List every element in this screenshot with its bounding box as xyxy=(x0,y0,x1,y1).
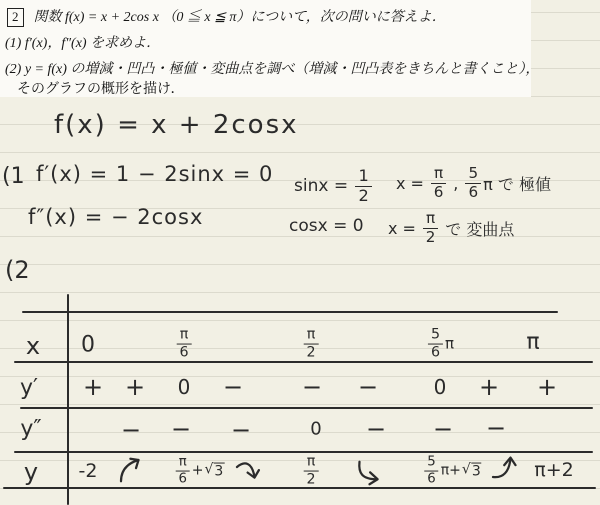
table-cell xyxy=(116,454,146,486)
math-text: π+ xyxy=(441,463,461,479)
row-label-x: x xyxy=(26,332,40,360)
math-text: π+2 xyxy=(534,459,573,481)
problem-line-1: 2関数 f(x) = x + 2cos x （0 ≦ x ≦ π）について，次の… xyxy=(7,8,446,27)
fraction: π2 xyxy=(423,211,438,246)
table-cell: − xyxy=(231,416,251,444)
math-text: 0 xyxy=(178,375,191,399)
square-root: √3 xyxy=(204,462,224,479)
math-text: , xyxy=(448,174,463,193)
table-cell: − xyxy=(302,373,322,401)
math-text: − xyxy=(171,415,191,443)
decrease-concave-down-arrow-icon xyxy=(232,455,262,489)
problem-statement: 関数 f(x) = x + 2cos x （0 ≦ x ≦ π）について，次の問… xyxy=(34,10,446,25)
row-label-y-double-prime: y″ xyxy=(20,417,41,442)
table-cell: π+2 xyxy=(534,459,573,481)
math-text: − xyxy=(366,415,386,443)
math-text: + xyxy=(192,463,204,479)
math-text: f′(x) = 1 − 2sinx = 0 xyxy=(36,162,273,186)
handwritten-line: f′(x) = 1 − 2sinx = 0 xyxy=(36,162,273,186)
table-cell: + xyxy=(537,373,557,401)
math-text: -2 xyxy=(79,460,98,482)
fraction: π6 xyxy=(176,456,190,487)
problem-q2-cont-text: そのグラフの概形を描け． xyxy=(17,82,184,97)
problem-q1: (1) f′(x)，f″(x) を求めよ． xyxy=(5,36,160,53)
table-cell: 0 xyxy=(310,419,321,440)
math-text: + xyxy=(537,373,557,401)
table-cell: π xyxy=(526,330,539,355)
table-horizontal-line xyxy=(20,407,593,409)
table-cell: 0 xyxy=(81,333,95,358)
fraction: π6 xyxy=(431,166,446,201)
table-horizontal-line xyxy=(22,311,558,313)
decrease-concave-up-arrow-icon xyxy=(352,458,382,488)
math-text: x xyxy=(26,332,40,360)
table-cell: + xyxy=(125,373,145,401)
math-text: y′ xyxy=(20,376,38,401)
problem-q2-continuation: そのグラフの概形を描け． xyxy=(17,82,184,99)
math-text: + xyxy=(479,373,499,401)
table-cell: − xyxy=(433,415,453,443)
math-text: f″(x) = − 2cosx xyxy=(28,205,203,229)
math-text: π xyxy=(445,335,454,353)
problem-q2-text: (2) y = f(x) の増減・凹凸・極値・変曲点を調べ（増減・凹凸表をきちん… xyxy=(5,62,539,77)
row-label-y-prime: y′ xyxy=(20,376,38,401)
fraction: 12 xyxy=(355,168,371,205)
math-text: x = xyxy=(396,174,429,193)
table-cell: π6+√3 xyxy=(174,456,225,487)
table-cell: − xyxy=(121,416,141,444)
math-text: + xyxy=(125,373,145,401)
table-horizontal-line xyxy=(3,487,596,489)
handwritten-line: f″(x) = − 2cosx xyxy=(28,205,203,229)
handwritten-line: (2 xyxy=(5,256,30,284)
table-cell: − xyxy=(223,373,243,401)
problem-number: 2 xyxy=(7,8,24,27)
fraction: 56 xyxy=(424,456,438,487)
table-cell: 56π+√3 xyxy=(422,456,481,487)
math-text: y xyxy=(24,458,38,486)
table-cell: + xyxy=(83,373,103,401)
table-cell: − xyxy=(366,415,386,443)
math-text: 0 xyxy=(81,333,95,358)
math-text: π xyxy=(526,330,539,355)
table-cell: -2 xyxy=(79,460,98,482)
row-label-y: y xyxy=(24,458,38,486)
math-text: − xyxy=(231,416,251,444)
table-cell: − xyxy=(486,414,506,442)
math-text: 0 xyxy=(434,375,447,399)
table-vertical-line xyxy=(67,294,69,505)
table-cell: π2 xyxy=(302,328,321,361)
math-text: − xyxy=(223,373,243,401)
math-text: − xyxy=(486,414,506,442)
increase-concave-up-arrow-icon xyxy=(488,450,518,484)
math-text: − xyxy=(302,373,322,401)
table-cell xyxy=(232,455,262,489)
handwritten-line: (1 xyxy=(2,164,25,189)
math-text: 0 xyxy=(310,419,321,440)
table-cell xyxy=(352,458,382,488)
table-cell: 0 xyxy=(434,375,447,399)
math-text: x = xyxy=(388,219,421,238)
table-cell: − xyxy=(171,415,191,443)
math-text: − xyxy=(121,416,141,444)
table-cell: + xyxy=(479,373,499,401)
math-text: sinx = xyxy=(294,176,353,196)
math-text: で 変曲点 xyxy=(440,217,514,240)
problem-q2: (2) y = f(x) の増減・凹凸・極値・変曲点を調べ（増減・凹凸表をきちん… xyxy=(5,62,539,79)
math-text: π で 極値 xyxy=(483,172,551,195)
table-cell: π2 xyxy=(302,455,321,488)
table-cell: 56π xyxy=(426,328,454,361)
increase-arrow-icon xyxy=(116,454,146,486)
handwritten-line: sinx = 12 xyxy=(294,168,374,205)
math-text: + xyxy=(83,373,103,401)
problem-q1-text: (1) f′(x)，f″(x) を求めよ． xyxy=(5,36,160,51)
math-text: cosx = 0 xyxy=(289,216,364,236)
math-text: − xyxy=(358,373,378,401)
table-cell xyxy=(488,450,518,484)
table-cell: 0 xyxy=(178,375,191,399)
notebook-paper: 2関数 f(x) = x + 2cos x （0 ≦ x ≦ π）について，次の… xyxy=(0,0,600,505)
handwritten-line: cosx = 0 xyxy=(289,216,364,236)
table-cell: π6 xyxy=(175,328,194,361)
handwritten-line: f(x) = x + 2cosx xyxy=(54,110,299,140)
table-horizontal-line xyxy=(14,361,593,363)
square-root: √3 xyxy=(462,462,482,479)
math-text: f(x) = x + 2cosx xyxy=(54,110,299,140)
table-cell: − xyxy=(358,373,378,401)
fraction: 56 xyxy=(465,166,481,201)
handwritten-line: x = π2 で 変曲点 xyxy=(388,211,514,246)
fraction: π6 xyxy=(177,328,192,361)
printed-problem-block: 2関数 f(x) = x + 2cos x （0 ≦ x ≦ π）について，次の… xyxy=(0,0,531,97)
math-text: (2 xyxy=(5,256,30,284)
fraction: 56 xyxy=(428,328,443,361)
fraction: π2 xyxy=(304,328,319,361)
math-text: − xyxy=(433,415,453,443)
fraction: π2 xyxy=(304,455,319,488)
handwritten-line: x = π6 , 56π で 極値 xyxy=(396,166,551,201)
math-text: y″ xyxy=(20,417,41,442)
math-text: (1 xyxy=(2,164,25,189)
